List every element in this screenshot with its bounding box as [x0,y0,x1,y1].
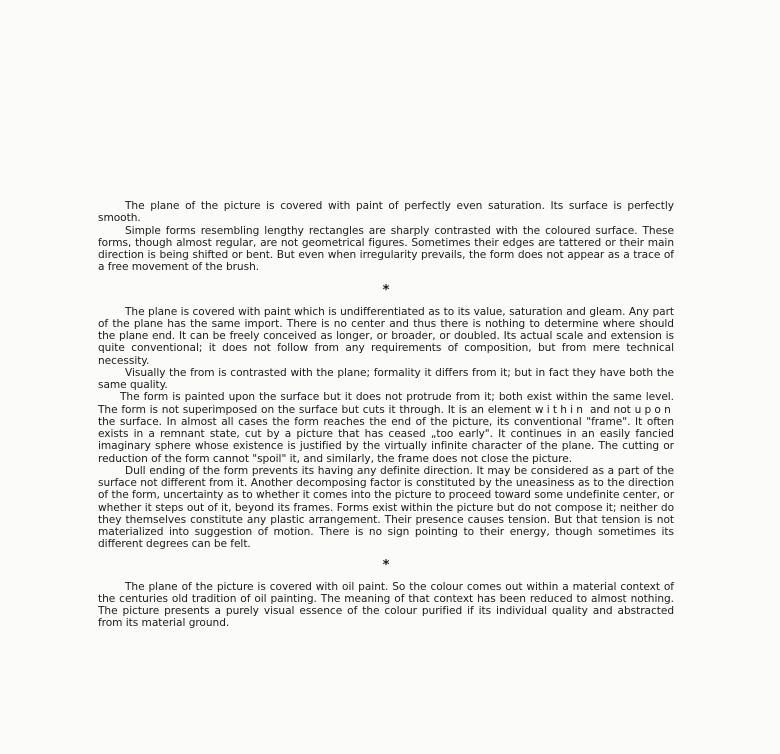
paragraph-form: The form is painted upon the surface but… [98,391,674,465]
emphasis-upon: upon [635,404,674,416]
paragraph-text: The form is painted upon the surface but… [98,391,674,415]
emphasis-within: within [535,404,586,416]
paragraph: The plane of the picture is covered with… [98,581,674,630]
paragraph-text: the surface. In almost all cases the for… [98,416,674,465]
paragraph: Visually the from is contrasted with the… [98,367,674,392]
paragraph: The plane is covered with paint which is… [98,306,674,367]
section-1: The plane of the picture is covered with… [98,200,674,274]
section-2: The plane is covered with paint which is… [98,306,674,551]
document-page: The plane of the picture is covered with… [98,200,674,630]
paragraph-text: and not [590,404,631,416]
paragraph: Dull ending of the form prevents its hav… [98,465,674,551]
section-3: The plane of the picture is covered with… [98,581,674,630]
paragraph: Simple forms resembling lengthy rectangl… [98,225,674,274]
asterisk-separator: * [98,284,674,298]
asterisk-separator: * [98,559,674,573]
paragraph: The plane of the picture is covered with… [98,200,674,225]
